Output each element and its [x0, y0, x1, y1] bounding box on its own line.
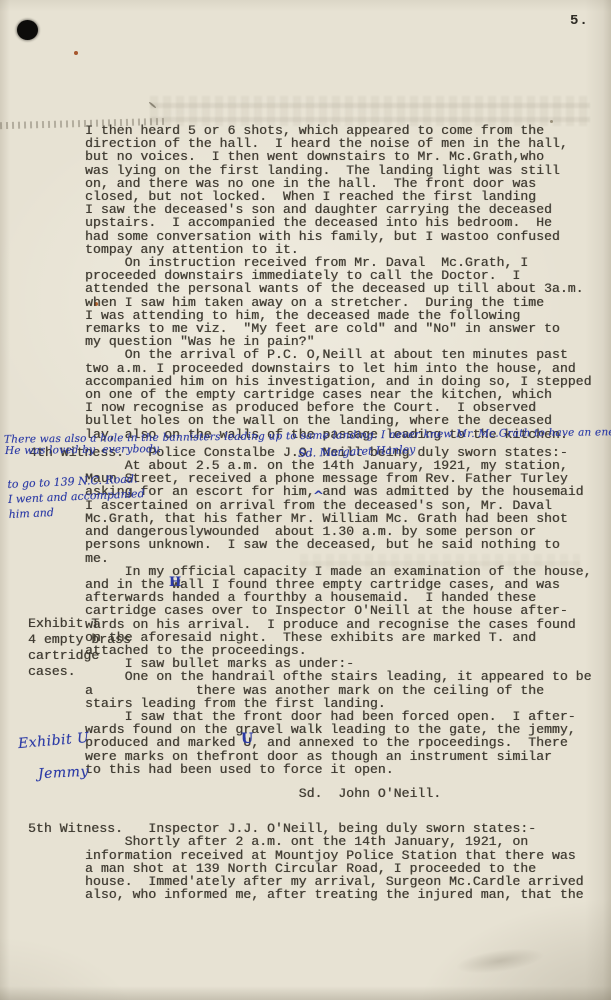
witness5-statement: Shortly after 2 a.m. ont the 14th Januar…	[85, 835, 605, 901]
handwritten-hanley-note-line2: He was loved by everybody.	[5, 443, 161, 457]
page-number: 5.	[570, 14, 589, 28]
handwritten-jemmy-label: Jemmy	[38, 764, 90, 783]
insertion-caret-mark: ^	[313, 489, 324, 504]
paper-stain	[74, 51, 78, 55]
handwritten-insertion-note: to go to 139 N.C. Road. I went and accom…	[7, 471, 145, 522]
handwritten-exhibit-u-mark: U	[241, 731, 253, 747]
signature-john-oneill: Sd. John O'Neill.	[85, 787, 605, 800]
handwritten-hall-correction: H	[169, 575, 181, 590]
witness3-statement-continuation: I then heard 5 or 6 shots, which appeare…	[85, 124, 605, 441]
margin-label-exhibit-t: Exhibit T 4 empty brass cartridge cases.	[28, 616, 131, 680]
ink-bleed-through	[150, 96, 590, 126]
paper-stain	[550, 120, 553, 123]
handwritten-exhibit-u-label: Exhibit U	[17, 730, 90, 752]
witness4-statement: At about 2.5 a.m. on the 14th January, 1…	[85, 459, 605, 776]
punch-hole-mark	[17, 20, 38, 40]
document-page: 5. I then heard 5 or 6 shots, which appe…	[0, 0, 611, 1000]
margin-label-5th-witness: 5th Witness.	[28, 822, 123, 835]
typed-text-column: I then heard 5 or 6 shots, which appeare…	[85, 124, 605, 901]
paper-smudge	[454, 944, 546, 978]
